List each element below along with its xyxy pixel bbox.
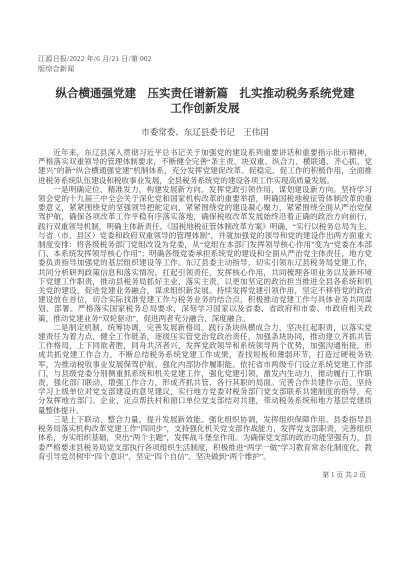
article-body: 近年来，东辽县深入贯彻习近平总书记关于加强党的建设系列重要讲话和重要指示批示精神…: [38, 148, 372, 461]
article-byline: 市委常委、东辽县委书记 王伟国: [38, 126, 372, 138]
page-number-indicator: 第 1 页 共 2 页: [38, 470, 372, 480]
masthead-section-line: 版综合新闻: [38, 64, 372, 74]
newspaper-page: 江源日报/2022 年/6 月/21 日/第 002 版综合新闻 纵合横通强党建…: [0, 0, 410, 580]
article-paragraph-1: 近年来，东辽县深入贯彻习近平总书记关于加强党的建设系列重要讲话和重要指示批示精神…: [38, 148, 372, 185]
article-title: 纵合横通强党建 压实责任谱新篇 扎实推动税务系统党建工作创新发展: [53, 87, 357, 117]
article-paragraph-3: 二是制定机制、统筹协调，完善发展新格局。践行条块纵横成合力，坚决扛起职责，以落实…: [38, 323, 372, 415]
masthead-source-line: 江源日报/2022 年/6 月/21 日/第 002: [38, 54, 372, 64]
article-paragraph-2: 一是明确定位、精准发力，构建发展新方向。发挥党政引领作用，谋划建设新方向。坚持学…: [38, 185, 372, 323]
article-paragraph-4: 三是上下联动、整合力量，提升发展新效能。强化组织协调，发挥组织保障作用。县委指导…: [38, 415, 372, 461]
masthead: 江源日报/2022 年/6 月/21 日/第 002 版综合新闻: [38, 54, 372, 74]
